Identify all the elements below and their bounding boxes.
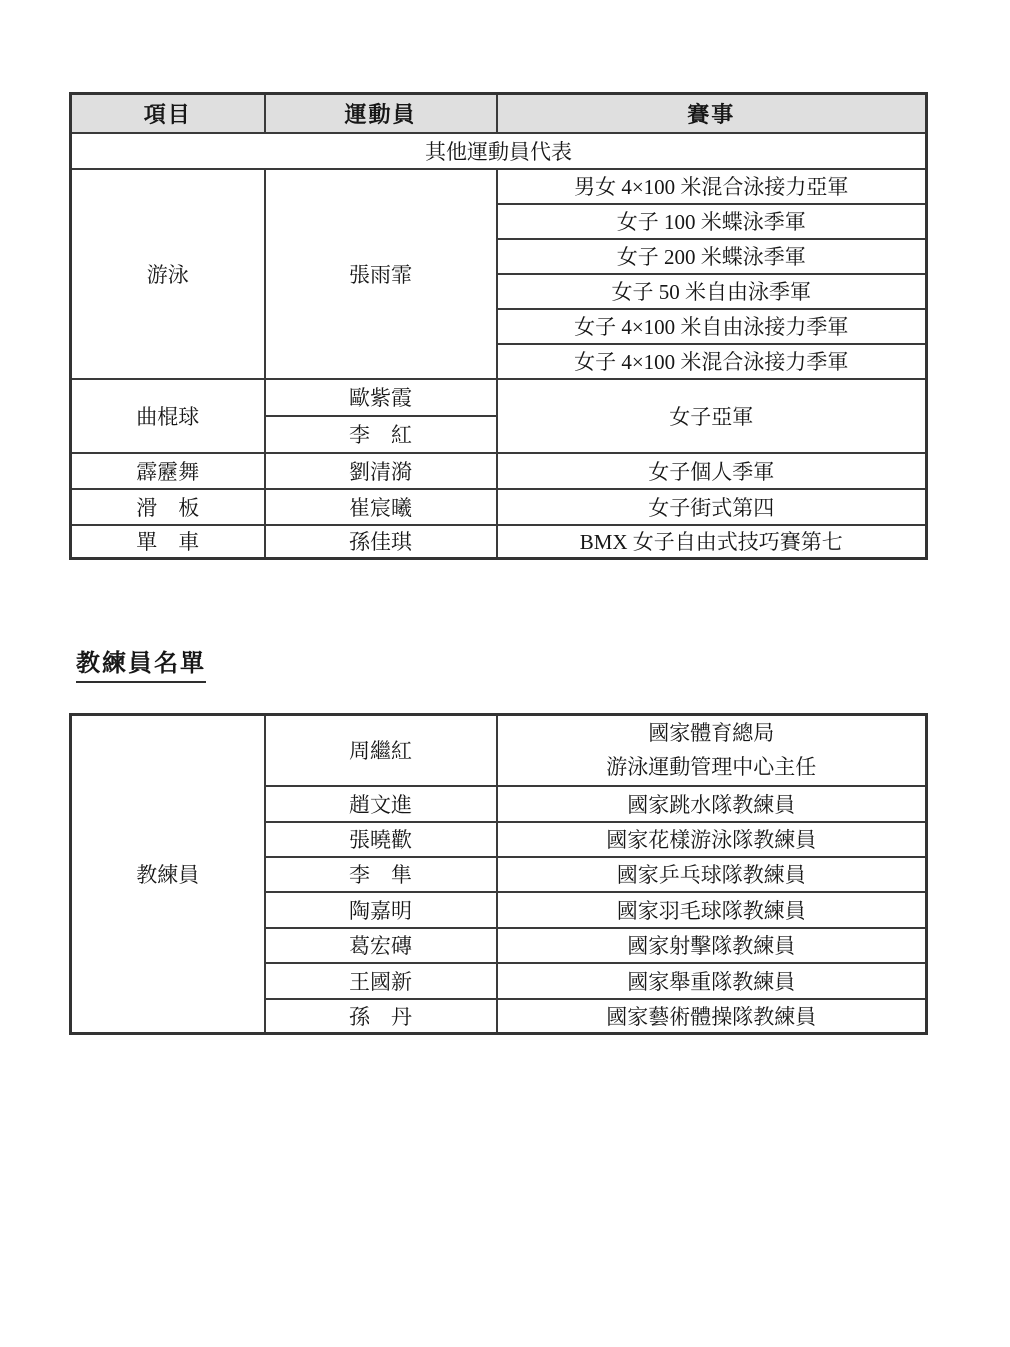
coach-name-cell: 陶嘉明 xyxy=(265,892,497,928)
coach-title-cell: 國家體育總局 游泳運動管理中心主任 xyxy=(497,715,927,786)
coach-name-cell: 周繼紅 xyxy=(265,715,497,786)
event-cell: 男女 4×100 米混合泳接力亞軍 xyxy=(497,169,927,204)
coach-title-cell: 國家羽毛球隊教練員 xyxy=(497,892,927,928)
table-row: 霹靂舞 劉清漪 女子個人季軍 xyxy=(71,453,927,489)
coach-title-cell: 國家乒乓球隊教練員 xyxy=(497,857,927,892)
athlete-cell: 崔宸曦 xyxy=(265,489,497,525)
sport-cell: 曲棍球 xyxy=(71,379,265,453)
sport-cell: 單 車 xyxy=(71,525,265,559)
table-row: 滑 板 崔宸曦 女子街式第四 xyxy=(71,489,927,525)
coach-name-cell: 趙文進 xyxy=(265,786,497,822)
table-row: 單 車 孫佳琪 BMX 女子自由式技巧賽第七 xyxy=(71,525,927,559)
event-cell: 女子街式第四 xyxy=(497,489,927,525)
column-header-athlete: 運動員 xyxy=(265,94,497,133)
athlete-cell: 孫佳琪 xyxy=(265,525,497,559)
section-row: 其他運動員代表 xyxy=(71,133,927,169)
athlete-cell: 劉清漪 xyxy=(265,453,497,489)
event-cell: 女子 200 米蝶泳季軍 xyxy=(497,239,927,274)
coach-title-line: 國家體育總局 xyxy=(504,716,920,750)
table-row: 曲棍球 歐紫霞 女子亞軍 xyxy=(71,379,927,416)
column-header-event: 賽事 xyxy=(497,94,927,133)
sport-cell: 霹靂舞 xyxy=(71,453,265,489)
athlete-table: 項目 運動員 賽事 其他運動員代表 游泳 張雨霏 男女 4×100 米混合泳接力… xyxy=(69,92,928,560)
role-cell: 教練員 xyxy=(71,715,265,1034)
sport-cell: 游泳 xyxy=(71,169,265,379)
coach-name-cell: 張曉歡 xyxy=(265,822,497,857)
athlete-cell: 張雨霏 xyxy=(265,169,497,379)
table-header-row: 項目 運動員 賽事 xyxy=(71,94,927,133)
section-label: 其他運動員代表 xyxy=(71,133,927,169)
coach-title-cell: 國家跳水隊教練員 xyxy=(497,786,927,822)
table-row: 教練員 周繼紅 國家體育總局 游泳運動管理中心主任 xyxy=(71,715,927,786)
coach-title-cell: 國家藝術體操隊教練員 xyxy=(497,999,927,1034)
coach-name-cell: 李 隼 xyxy=(265,857,497,892)
coach-table: 教練員 周繼紅 國家體育總局 游泳運動管理中心主任 趙文進 國家跳水隊教練員 張… xyxy=(69,713,928,1035)
coach-title-line: 游泳運動管理中心主任 xyxy=(504,750,920,784)
coach-title-cell: 國家花樣游泳隊教練員 xyxy=(497,822,927,857)
coach-list-heading-text: 教練員名單 xyxy=(76,643,206,683)
coach-name-cell: 王國新 xyxy=(265,963,497,999)
event-cell: BMX 女子自由式技巧賽第七 xyxy=(497,525,927,559)
document-page: 項目 運動員 賽事 其他運動員代表 游泳 張雨霏 男女 4×100 米混合泳接力… xyxy=(0,0,1010,1347)
event-cell: 女子 100 米蝶泳季軍 xyxy=(497,204,927,239)
athlete-cell: 歐紫霞 xyxy=(265,379,497,416)
coach-title-cell: 國家射擊隊教練員 xyxy=(497,928,927,963)
coach-title-cell: 國家舉重隊教練員 xyxy=(497,963,927,999)
coach-name-cell: 葛宏磚 xyxy=(265,928,497,963)
event-cell: 女子亞軍 xyxy=(497,379,927,453)
column-header-sport: 項目 xyxy=(71,94,265,133)
coach-name-cell: 孫 丹 xyxy=(265,999,497,1034)
event-cell: 女子個人季軍 xyxy=(497,453,927,489)
table-row: 游泳 張雨霏 男女 4×100 米混合泳接力亞軍 xyxy=(71,169,927,204)
event-cell: 女子 50 米自由泳季軍 xyxy=(497,274,927,309)
event-cell: 女子 4×100 米自由泳接力季軍 xyxy=(497,309,927,344)
sport-cell: 滑 板 xyxy=(71,489,265,525)
athlete-cell: 李 紅 xyxy=(265,416,497,453)
event-cell: 女子 4×100 米混合泳接力季軍 xyxy=(497,344,927,379)
coach-list-heading: 教練員名單 xyxy=(76,643,206,683)
